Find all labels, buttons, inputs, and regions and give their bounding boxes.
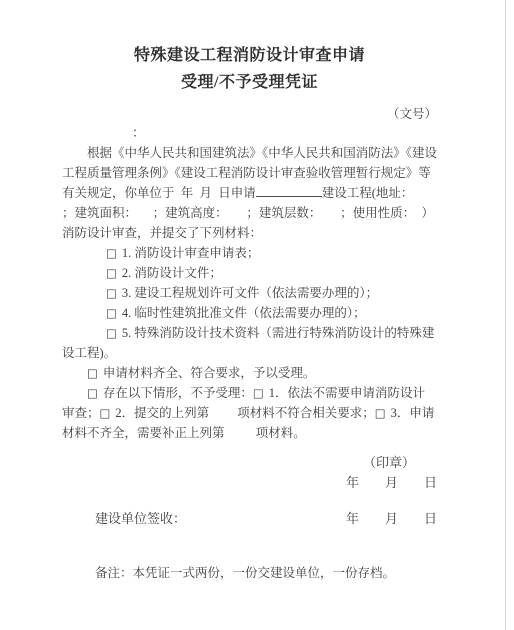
document-title-line1: 特殊建设工程消防设计审查申请 [62,42,437,69]
material-label-3: 3. 建设工程规划许可文件（依法需要办理的）； [122,286,378,300]
materials-list: □1. 消防设计审查申请表； □2. 消防设计文件； □3. 建设工程规划许可文… [62,243,437,363]
rejection-checkbox[interactable]: □ [87,386,98,400]
issue-month-label: 月 [385,475,398,490]
rejection-reason-2-checkbox[interactable]: □ [100,406,111,420]
material-label-2: 2. 消防设计文件； [122,266,222,280]
material-label-1: 1. 消防设计审查申请表； [122,246,260,260]
acceptance-checkbox[interactable]: □ [87,366,98,380]
sign-month-label: 月 [385,511,398,526]
rejection-reason-2-text: 2．提交的上列第 项材料不符合相关要求； [115,406,374,420]
seal-date-block: （印章） 年月日 [62,453,437,493]
material-label-4: 4. 临时性建筑批准文件（依法需要办理的）； [122,306,366,320]
document-title-line2: 受理/不予受理凭证 [62,69,437,96]
material-item: □1. 消防设计审查申请表； [62,243,437,263]
sign-row: 建设单位签收： 年月日 [62,509,437,529]
material-item: □3. 建设工程规划许可文件（依法需要办理的）； [62,283,437,303]
material-checkbox-4[interactable]: □ [106,306,117,320]
rejection-reason-1-checkbox[interactable]: □ [253,386,264,400]
document-page: 特殊建设工程消防设计审查申请 受理/不予受理凭证 （文号） ： 根据《中华人民共… [0,0,514,583]
material-checkbox-3[interactable]: □ [106,286,117,300]
sign-date-line: 年月日 [346,509,437,529]
rejection-reason-3-checkbox[interactable]: □ [375,406,386,420]
recipient-line: ： [62,123,437,143]
material-item: □2. 消防设计文件； [62,263,437,283]
salutation-colon: ： [132,125,145,140]
material-item: □4. 临时性建筑批准文件（依法需要办理的）； [62,303,437,323]
doc-number-label: （文号） [62,106,437,123]
material-checkbox-5[interactable]: □ [106,326,117,340]
note-text: 备注：本凭证一式两份，一份交建设单位，一份存档。 [62,563,437,583]
issue-year-label: 年 [346,475,359,490]
material-checkbox-1[interactable]: □ [106,246,117,260]
project-name-blank[interactable] [256,183,322,197]
material-label-5: 5. 特殊消防设计技术资料（需进行特殊消防设计的特殊建设工程)。 [62,326,434,360]
seal-placeholder: （印章） [363,455,415,470]
issue-date-line: 年月日 [62,473,437,493]
sign-day-label: 日 [424,511,437,526]
page-right-border [505,0,506,630]
rejection-option: □存在以下情形，不予受理：□1．依法不需要申请消防设计审查；□2．提交的上列第 … [62,383,437,443]
material-item: □5. 特殊消防设计技术资料（需进行特殊消防设计的特殊建设工程)。 [62,323,437,363]
acceptance-option: □申请材料齐全、符合要求，予以受理。 [62,363,437,383]
rejection-lead-text: 存在以下情形，不予受理： [103,386,253,400]
acceptance-text: 申请材料齐全、符合要求，予以受理。 [103,366,316,380]
sign-year-label: 年 [346,511,359,526]
material-checkbox-2[interactable]: □ [106,266,117,280]
issue-day-label: 日 [424,475,437,490]
sign-recipient-label: 建设单位签收： [95,509,186,529]
intro-paragraph: 根据《中华人民共和国建筑法》《中华人民共和国消防法》《建设工程质量管理条例》《建… [62,143,437,243]
